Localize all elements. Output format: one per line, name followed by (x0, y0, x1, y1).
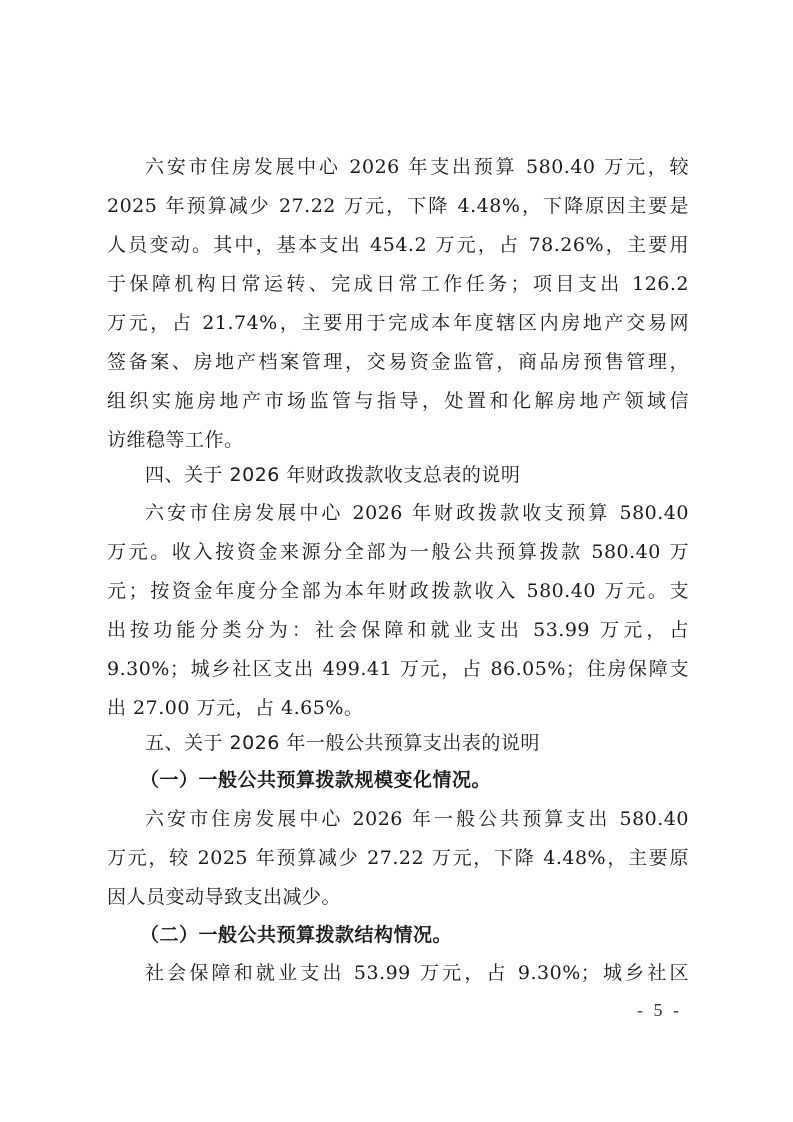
paragraph-line: 六安市住房发展中心 2026 年财政拨款收支预算 580.40 (145, 498, 689, 528)
paragraph-line: 元；按资金年度分全部为本年财政拨款收入 580.40 万元。支 (107, 576, 689, 606)
document-page: 六安市住房发展中心 2026 年支出预算 580.40 万元，较 2025 年预… (0, 0, 793, 1122)
paragraph-line: 9.30%；城乡社区支出 499.41 万元，占 86.05%；住房保障支 (107, 654, 689, 684)
page-number: - 5 - (637, 1000, 682, 1021)
paragraph-line: 出 27.00 万元，占 4.65%。 (107, 693, 689, 723)
paragraph-line: 万元。收入按资金来源分全部为一般公共预算拨款 580.40 万 (107, 537, 689, 567)
paragraph-line: 2025 年预算减少 27.22 万元，下降 4.48%，下降原因主要是 (107, 191, 689, 221)
paragraph-line: 万元，占 21.74%，主要用于完成本年度辖区内房地产交易网 (107, 308, 689, 338)
subsection-heading: （一）一般公共预算拨款规模变化情况。 (140, 765, 722, 795)
paragraph-line: 六安市住房发展中心 2026 年支出预算 580.40 万元，较 (145, 152, 689, 182)
section-heading: 四、关于 2026 年财政拨款收支总表的说明 (145, 460, 689, 490)
paragraph-line: 访维稳等工作。 (107, 425, 689, 455)
paragraph-line: 因人员变动导致支出减少。 (107, 882, 689, 912)
paragraph-line: 人员变动。其中，基本支出 454.2 万元，占 78.26%，主要用 (107, 230, 689, 260)
paragraph-line: 出按功能分类分为：社会保障和就业支出 53.99 万元，占 (107, 615, 689, 645)
paragraph-line: 社会保障和就业支出 53.99 万元，占 9.30%；城乡社区 (145, 958, 689, 988)
paragraph-line: 签备案、房地产档案管理，交易资金监管，商品房预售管理， (107, 347, 689, 377)
section-heading: 五、关于 2026 年一般公共预算支出表的说明 (145, 728, 689, 758)
paragraph-line: 万元，较 2025 年预算减少 27.22 万元，下降 4.48%，主要原 (107, 843, 689, 873)
paragraph-line: 于保障机构日常运转、完成日常工作任务；项目支出 126.2 (107, 269, 689, 299)
paragraph-line: 组织实施房地产市场监管与指导，处置和化解房地产领域信 (107, 386, 689, 416)
paragraph-line: 六安市住房发展中心 2026 年一般公共预算支出 580.40 (145, 804, 689, 834)
subsection-heading: （二）一般公共预算拨款结构情况。 (140, 920, 722, 950)
